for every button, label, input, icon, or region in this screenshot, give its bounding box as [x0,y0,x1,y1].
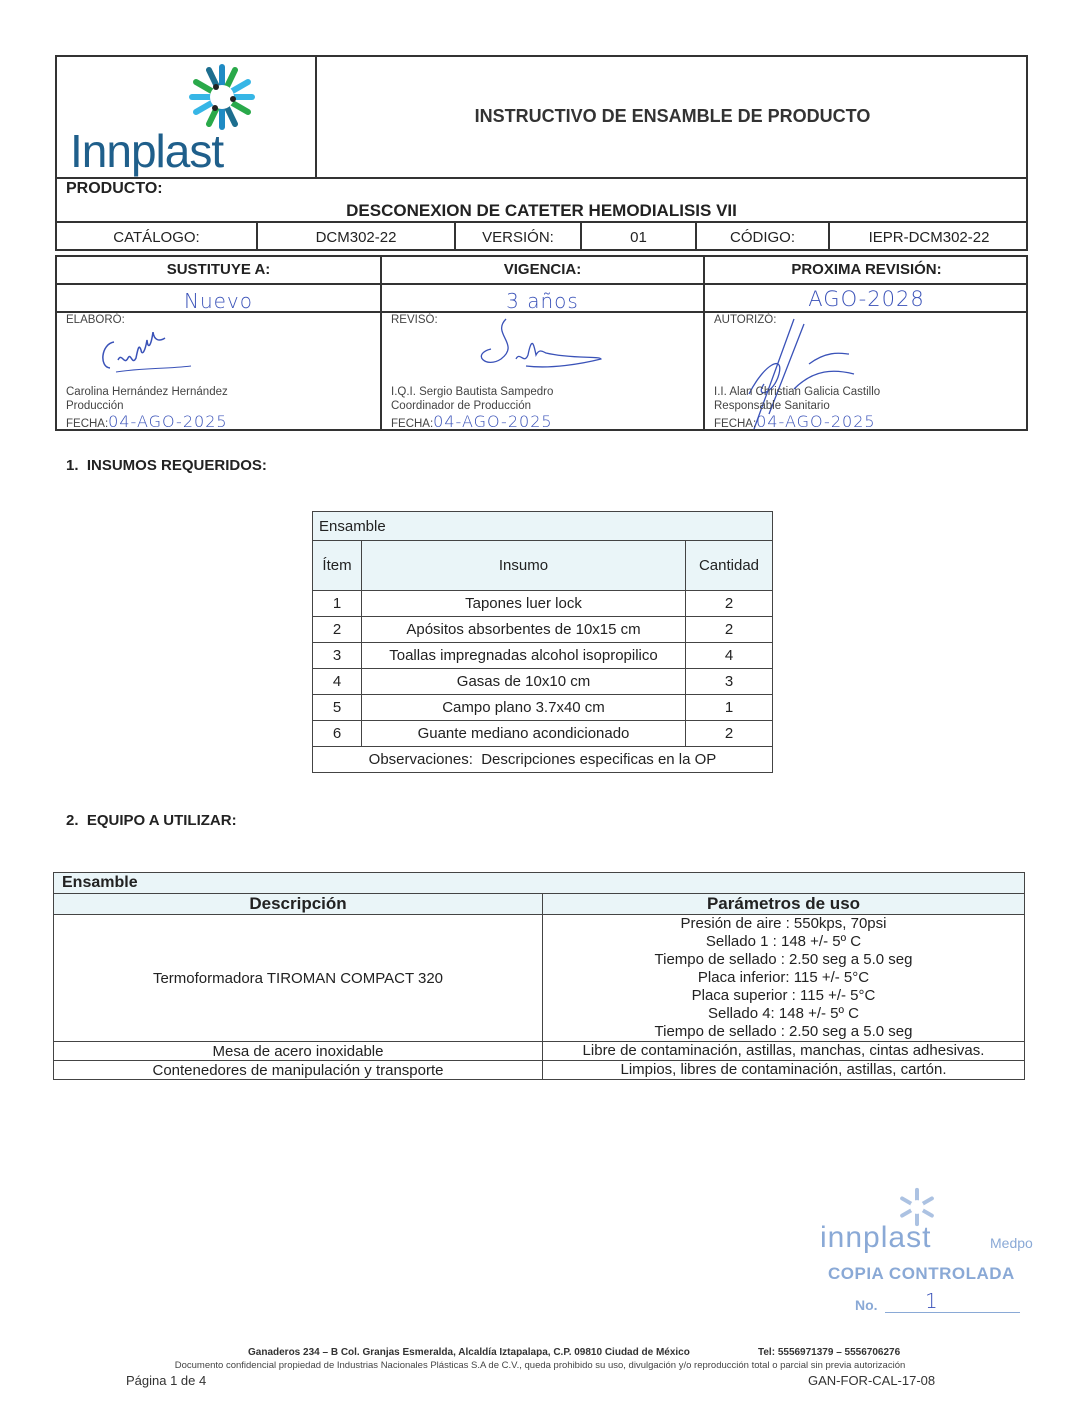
equipo-table: Ensamble Descripción Parámetros de uso T… [53,872,1025,1080]
signer-name: I.Q.I. Sergio Bautista Sampedro [391,386,553,398]
signature-date: 04-AGO-2025 [433,412,552,431]
cell-item: 2 [313,617,362,643]
table-row: 1Tapones luer lock2 [313,591,773,617]
parameter-line: Tiempo de sellado : 2.50 seg a 5.0 seg [547,951,1020,969]
signature-reviso: REVISÓ: I.Q.I. Sergio Bautista Sampedro … [391,314,701,429]
insumos-table-title: Ensamble [313,512,773,541]
cell-cantidad: 2 [686,617,773,643]
footer-address: Ganaderos 234 – B Col. Granjas Esmeralda… [248,1347,690,1358]
signature-autorizo: AUTORIZÓ: I.I. Alan Christian Galicia Ca… [714,314,1024,429]
revision-label: PROXIMA REVISIÓN: [705,261,1028,278]
cell-cantidad: 4 [686,643,773,669]
version-value: 01 [582,229,695,246]
cell-insumo: Campo plano 3.7x40 cm [362,695,686,721]
table-row: 6Guante mediano acondicionado2 [313,721,773,747]
parameter-line: Limpios, libres de contaminación, astill… [547,1061,1020,1079]
cell-insumo: Toallas impregnadas alcohol isopropilico [362,643,686,669]
table-row: 3Toallas impregnadas alcohol isopropilic… [313,643,773,669]
table-row: 5Campo plano 3.7x40 cm1 [313,695,773,721]
signer-position: Responsable Sanitario [714,400,830,412]
cell-item: 1 [313,591,362,617]
producto-value: DESCONEXION DE CATETER HEMODIALISIS VII [55,201,1028,221]
snowflake-logo-icon [187,62,257,132]
signer-position: Coordinador de Producción [391,400,531,412]
observaciones: Observaciones: Descripciones especificas… [313,747,773,773]
column-header: Insumo [362,541,686,591]
controlled-copy-stamp: innplast Medpo COPIA CONTROLADA No. 1 [815,1185,1055,1320]
stamp-label: COPIA CONTROLADA [828,1264,1015,1284]
cell-descripcion: Termoformadora TIROMAN COMPACT 320 [54,915,543,1042]
table-row: Contenedores de manipulación y transport… [54,1061,1025,1080]
footer-disclaimer: Documento confidencial propiedad de Indu… [100,1360,980,1371]
company-logo: Innplast [70,62,270,174]
cell-descripcion: Mesa de acero inoxidable [54,1042,543,1061]
signature-elaboro: ELABORÓ: Carolina Hernández Hernández Pr… [66,314,376,429]
cell-parametros: Presión de aire : 550kps, 70psiSellado 1… [543,915,1025,1042]
signature-scribble-icon [96,332,216,377]
section-1-title: 1. INSUMOS REQUERIDOS: [66,457,267,474]
parameter-line: Tiempo de sellado : 2.50 seg a 5.0 seg [547,1023,1020,1041]
cell-cantidad: 2 [686,721,773,747]
parameter-line: Placa inferior: 115 +/- 5°C [547,969,1020,987]
parameter-line: Presión de aire : 550kps, 70psi [547,915,1020,933]
column-header: Descripción [54,894,543,915]
signature-date: 04-AGO-2025 [756,412,875,431]
signer-position: Producción [66,400,124,412]
column-header: Ítem [313,541,362,591]
cell-insumo: Apósitos absorbentes de 10x15 cm [362,617,686,643]
parameter-line: Sellado 1 : 148 +/- 5º C [547,933,1020,951]
cell-parametros: Libre de contaminación, astillas, mancha… [543,1042,1025,1061]
cell-item: 3 [313,643,362,669]
cell-cantidad: 3 [686,669,773,695]
table-row: Termoformadora TIROMAN COMPACT 320Presió… [54,915,1025,1042]
stamp-logo: innplast [820,1221,931,1255]
signer-name: Carolina Hernández Hernández [66,386,228,398]
stamp-secondary-logo: Medpo [990,1235,1033,1251]
codigo-value: IEPR-DCM302-22 [830,229,1028,246]
signature-date: 04-AGO-2025 [108,412,227,431]
parameter-line: Libre de contaminación, astillas, mancha… [547,1042,1020,1060]
stamp-no-label: No. [855,1297,878,1313]
insumos-table: Ensamble Ítem Insumo Cantidad 1Tapones l… [312,511,773,773]
catalogo-label: CATÁLOGO: [57,229,256,246]
parameter-line: Placa superior : 115 +/- 5°C [547,987,1020,1005]
table-row: Mesa de acero inoxidableLibre de contami… [54,1042,1025,1061]
vigencia-label: VIGENCIA: [382,261,703,278]
cell-item: 4 [313,669,362,695]
column-header: Cantidad [686,541,773,591]
section-2-title: 2. EQUIPO A UTILIZAR: [66,812,237,829]
cell-cantidad: 1 [686,695,773,721]
producto-label: PRODUCTO: [66,180,163,198]
sustituye-label: SUSTITUYE A: [57,261,380,278]
table-row: 4Gasas de 10x10 cm3 [313,669,773,695]
catalogo-value: DCM302-22 [258,229,454,246]
cell-insumo: Gasas de 10x10 cm [362,669,686,695]
form-code: GAN-FOR-CAL-17-08 [808,1373,935,1388]
sustituye-value: Nuevo [57,289,380,313]
revision-value: AGO-2028 [705,287,1028,311]
logo-wordmark: Innplast [70,124,223,178]
column-header: Parámetros de uso [543,894,1025,915]
cell-parametros: Limpios, libres de contaminación, astill… [543,1061,1025,1080]
cell-insumo: Tapones luer lock [362,591,686,617]
page-number: Página 1 de 4 [126,1373,206,1388]
cell-item: 5 [313,695,362,721]
cell-item: 6 [313,721,362,747]
signature-scribble-icon [451,314,651,379]
cell-descripcion: Contenedores de manipulación y transport… [54,1061,543,1080]
document-title: INSTRUCTIVO DE ENSAMBLE DE PRODUCTO [317,106,1028,127]
footer-phone: Tel: 5556971379 – 5556706276 [758,1347,900,1358]
equipo-table-title: Ensamble [54,873,1025,894]
signer-name: I.I. Alan Christian Galicia Castillo [714,386,880,398]
cell-insumo: Guante mediano acondicionado [362,721,686,747]
table-row: 2Apósitos absorbentes de 10x15 cm2 [313,617,773,643]
version-label: VERSIÓN: [456,229,580,246]
codigo-label: CÓDIGO: [697,229,828,246]
vigencia-value: 3 años [382,289,703,313]
parameter-line: Sellado 4: 148 +/- 5º C [547,1005,1020,1023]
stamp-no-value: 1 [925,1289,939,1313]
cell-cantidad: 2 [686,591,773,617]
